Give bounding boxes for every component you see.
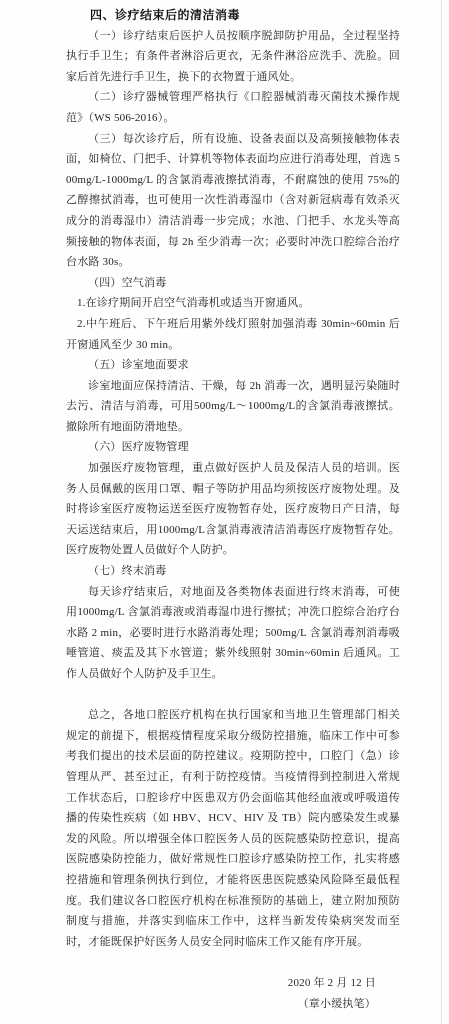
paragraph: 诊室地面应保持清洁、干燥，每 2h 消毒一次，遇明显污染随时去污、清洁与消毒，可… [66,376,400,438]
paragraph: （四）空气消毒 [66,273,400,294]
paragraph: （七）终末消毒 [66,561,400,582]
paragraph: （二）诊疗器械管理严格执行《口腔器械消毒灭菌技术操作规范》（WS 506-201… [66,87,400,128]
paragraph: 1.在诊疗期间开启空气消毒机或适当开窗通风。 [66,293,400,314]
page-edge-line [441,0,442,1024]
document-signature: （章小缓执笔） [66,994,400,1015]
document-content: 四、诊疗结束后的清洁消毒 （一）诊疗结束后医护人员按顺序脱卸防护用品，全过程坚持… [66,5,400,1014]
document-heading: 四、诊疗结束后的清洁消毒 [66,5,400,26]
paragraph: 总之，各地口腔医疗机构在执行国家和当地卫生管理部门相关规定的前提下，根据疫情程度… [66,705,400,952]
paragraph: （六）医疗废物管理 [66,437,400,458]
paragraph: （三）每次诊疗后，所有设施、设备表面以及高频接触物体表面，如椅位、门把手、计算机… [66,129,400,273]
paragraph: （五）诊室地面要求 [66,355,400,376]
document-date: 2020 年 2 月 12 日 [66,973,400,994]
paragraph: 2.中午班后、下午班后用紫外线灯照射加强消毒 30min~60min 后开窗通风… [66,314,400,355]
paragraph: 每天诊疗结束后，对地面及各类物体表面进行终末消毒，可使用1000mg/L 含氯消… [66,582,400,685]
document-page: 四、诊疗结束后的清洁消毒 （一）诊疗结束后医护人员按顺序脱卸防护用品，全过程坚持… [0,0,449,1024]
paragraph: 加强医疗废物管理，重点做好医护人员及保洁人员的培训。医务人员佩戴的医用口罩、帽子… [66,458,400,561]
paragraph: （一）诊疗结束后医护人员按顺序脱卸防护用品，全过程坚持执行手卫生；有条件者淋浴后… [66,26,400,88]
document-body: （一）诊疗结束后医护人员按顺序脱卸防护用品，全过程坚持执行手卫生；有条件者淋浴后… [66,26,400,953]
